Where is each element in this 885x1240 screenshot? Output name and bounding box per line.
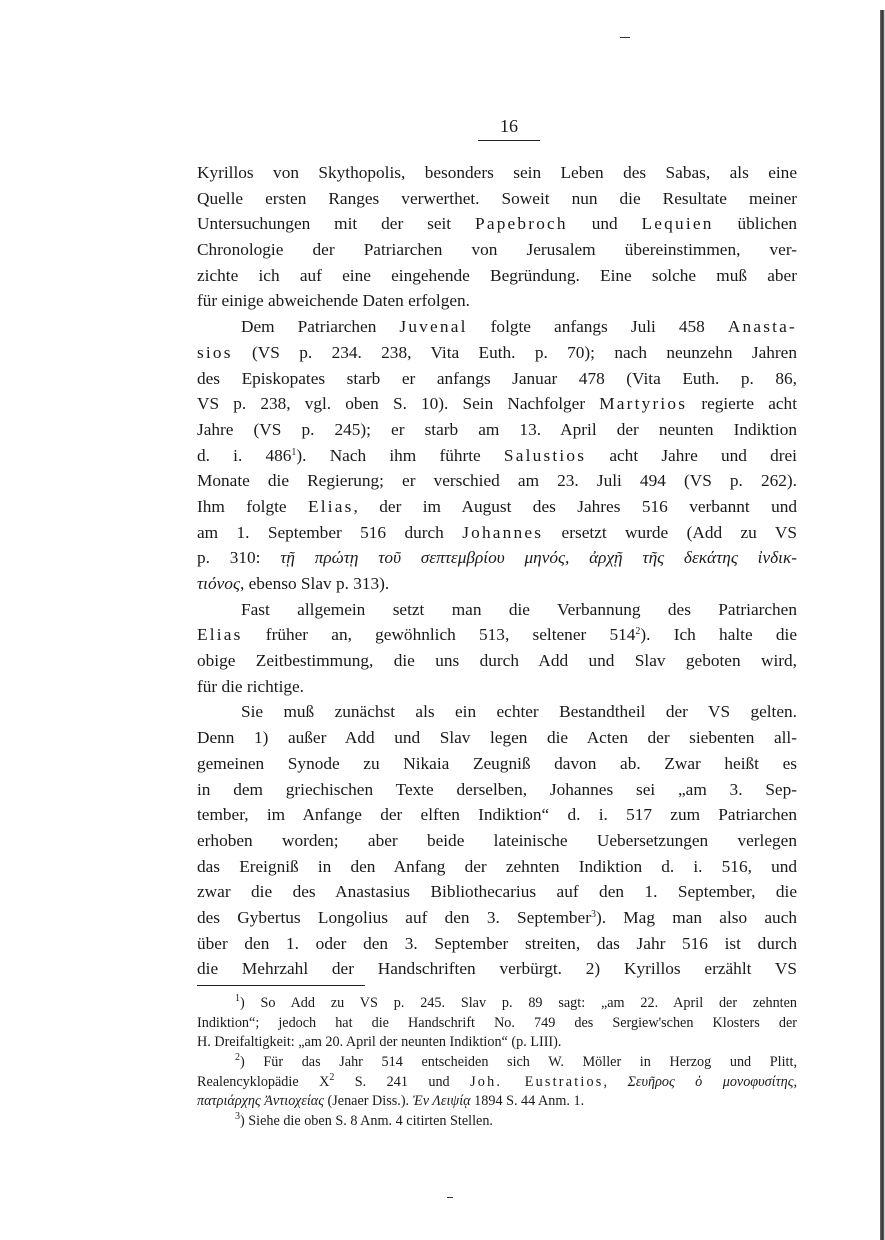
page-number-rule xyxy=(478,140,540,141)
text-line: Fast allgemein setzt man die Verbannung … xyxy=(197,597,797,623)
scan-speck xyxy=(620,37,630,38)
footnote-line: Indiktion“; jedoch hat die Handschrift N… xyxy=(197,1014,797,1034)
text-line: VS p. 238, vgl. oben S. 10). Sein Nachfo… xyxy=(197,391,797,417)
text-line: des Episkopates starb er anfangs Januar … xyxy=(197,366,797,392)
greek-title: Σευῆρος ὁ μονοφυσίτης, xyxy=(628,1074,798,1090)
greek-place: Ἐν Λειψίᾳ xyxy=(413,1093,471,1109)
text-line: Jahre (VS p. 245); er starb am 13. April… xyxy=(197,417,797,443)
text-line: Elias früher an, gewöhnlich 513, seltene… xyxy=(197,622,797,648)
text-line: erhoben worden; aber beide lateinische U… xyxy=(197,828,797,854)
greek-quote: τιόνος xyxy=(197,574,240,593)
text-line: zichte ich auf eine eingehende Begründun… xyxy=(197,263,797,289)
spaced-name: Papebroch xyxy=(475,214,568,233)
text-line: des Gybertus Longolius auf den 3. Septem… xyxy=(197,905,797,931)
text-line: sios (VS p. 234. 238, Vita Euth. p. 70);… xyxy=(197,340,797,366)
footnote-3: 3) Siehe die oben S. 8 Anm. 4 citirten S… xyxy=(197,1112,797,1132)
text-line: Monate die Regierung; er verschied am 23… xyxy=(197,468,797,494)
spaced-name: Martyrios xyxy=(599,394,687,413)
footnote-2: 2) Für das Jahr 514 entscheiden sich W. … xyxy=(197,1053,797,1073)
spaced-name: Salustios xyxy=(504,446,586,465)
spaced-name: Juvenal xyxy=(399,317,467,336)
page-number: 16 xyxy=(478,115,540,137)
text-line: das Ereigniß in den Anfang der zehnten I… xyxy=(197,854,797,880)
spaced-name: Elias xyxy=(197,625,243,644)
scan-speck xyxy=(447,1197,453,1198)
text-line: am 1. September 516 durch Johannes erset… xyxy=(197,520,797,546)
text-line: Quelle ersten Ranges verwerthet. Soweit … xyxy=(197,186,797,212)
text-line: Ihm folgte Elias, der im August des Jahr… xyxy=(197,494,797,520)
spaced-name: Elias xyxy=(308,497,354,516)
greek-title: πατριάρχης Ἀντιοχείας xyxy=(197,1093,324,1109)
footnote-line: Realencyklopädie X2 S. 241 und Joh. Eust… xyxy=(197,1073,797,1093)
text-line: gemeinen Synode zu Nikaia Zeugniß davon … xyxy=(197,751,797,777)
spaced-name: sios xyxy=(197,343,233,362)
footnote-line: πατριάρχης Ἀντιοχείας (Jenaer Diss.). Ἐν… xyxy=(197,1092,797,1112)
spaced-name: Johannes xyxy=(462,523,543,542)
text-line: Untersuchungen mit der seit Papebroch un… xyxy=(197,211,797,237)
text-line: Kyrillos von Skythopolis, besonders sein… xyxy=(197,160,797,186)
spaced-name: Joh. Eustratios xyxy=(470,1074,603,1090)
footnote-separator xyxy=(197,985,365,986)
text-line: für die richtige. xyxy=(197,674,797,700)
text-line: in dem griechischen Texte derselben, Joh… xyxy=(197,777,797,803)
text-line: zwar die des Anastasius Bibliothecarius … xyxy=(197,879,797,905)
text-line: Chronologie der Patriarchen von Jerusale… xyxy=(197,237,797,263)
footnote-line: H. Dreifaltigkeit: „am 20. April der neu… xyxy=(197,1033,797,1053)
text-line: Sie muß zunächst als ein echter Bestandt… xyxy=(197,699,797,725)
text-line: Dem Patriarchen Juvenal folgte anfangs J… xyxy=(197,314,797,340)
scanned-book-page: 16 Kyrillos von Skythopolis, besonders s… xyxy=(0,0,885,1240)
text-line: p. 310: τῇ πρώτῃ τοῦ σεπτεμβρίου μηνός, … xyxy=(197,545,797,571)
text-line: obige Zeitbestimmung, die uns durch Add … xyxy=(197,648,797,674)
text-line: die Mehrzahl der Handschriften verbürgt.… xyxy=(197,956,797,982)
scan-edge-shadow xyxy=(880,10,885,1240)
spaced-name: Anasta- xyxy=(728,317,797,336)
text-line: über den 1. oder den 3. September streit… xyxy=(197,931,797,957)
text-line: d. i. 4861). Nach ihm führte Salustios a… xyxy=(197,443,797,469)
text-line: Denn 1) außer Add und Slav legen die Act… xyxy=(197,725,797,751)
greek-quote: τῇ πρώτῃ τοῦ σεπτεμβρίου μηνός, ἀρχῇ τῆς… xyxy=(280,548,797,567)
spaced-name: Lequien xyxy=(642,214,714,233)
text-line: für einige abweichende Daten erfolgen. xyxy=(197,288,797,314)
footnotes: 1) So Add zu VS p. 245. Slav p. 89 sagt:… xyxy=(197,994,797,1132)
footnote-1: 1) So Add zu VS p. 245. Slav p. 89 sagt:… xyxy=(197,994,797,1014)
text-line: tember, im Anfange der elften Indiktion“… xyxy=(197,802,797,828)
text-line: τιόνος, ebenso Slav p. 313). xyxy=(197,571,797,597)
body-text: Kyrillos von Skythopolis, besonders sein… xyxy=(197,160,797,982)
